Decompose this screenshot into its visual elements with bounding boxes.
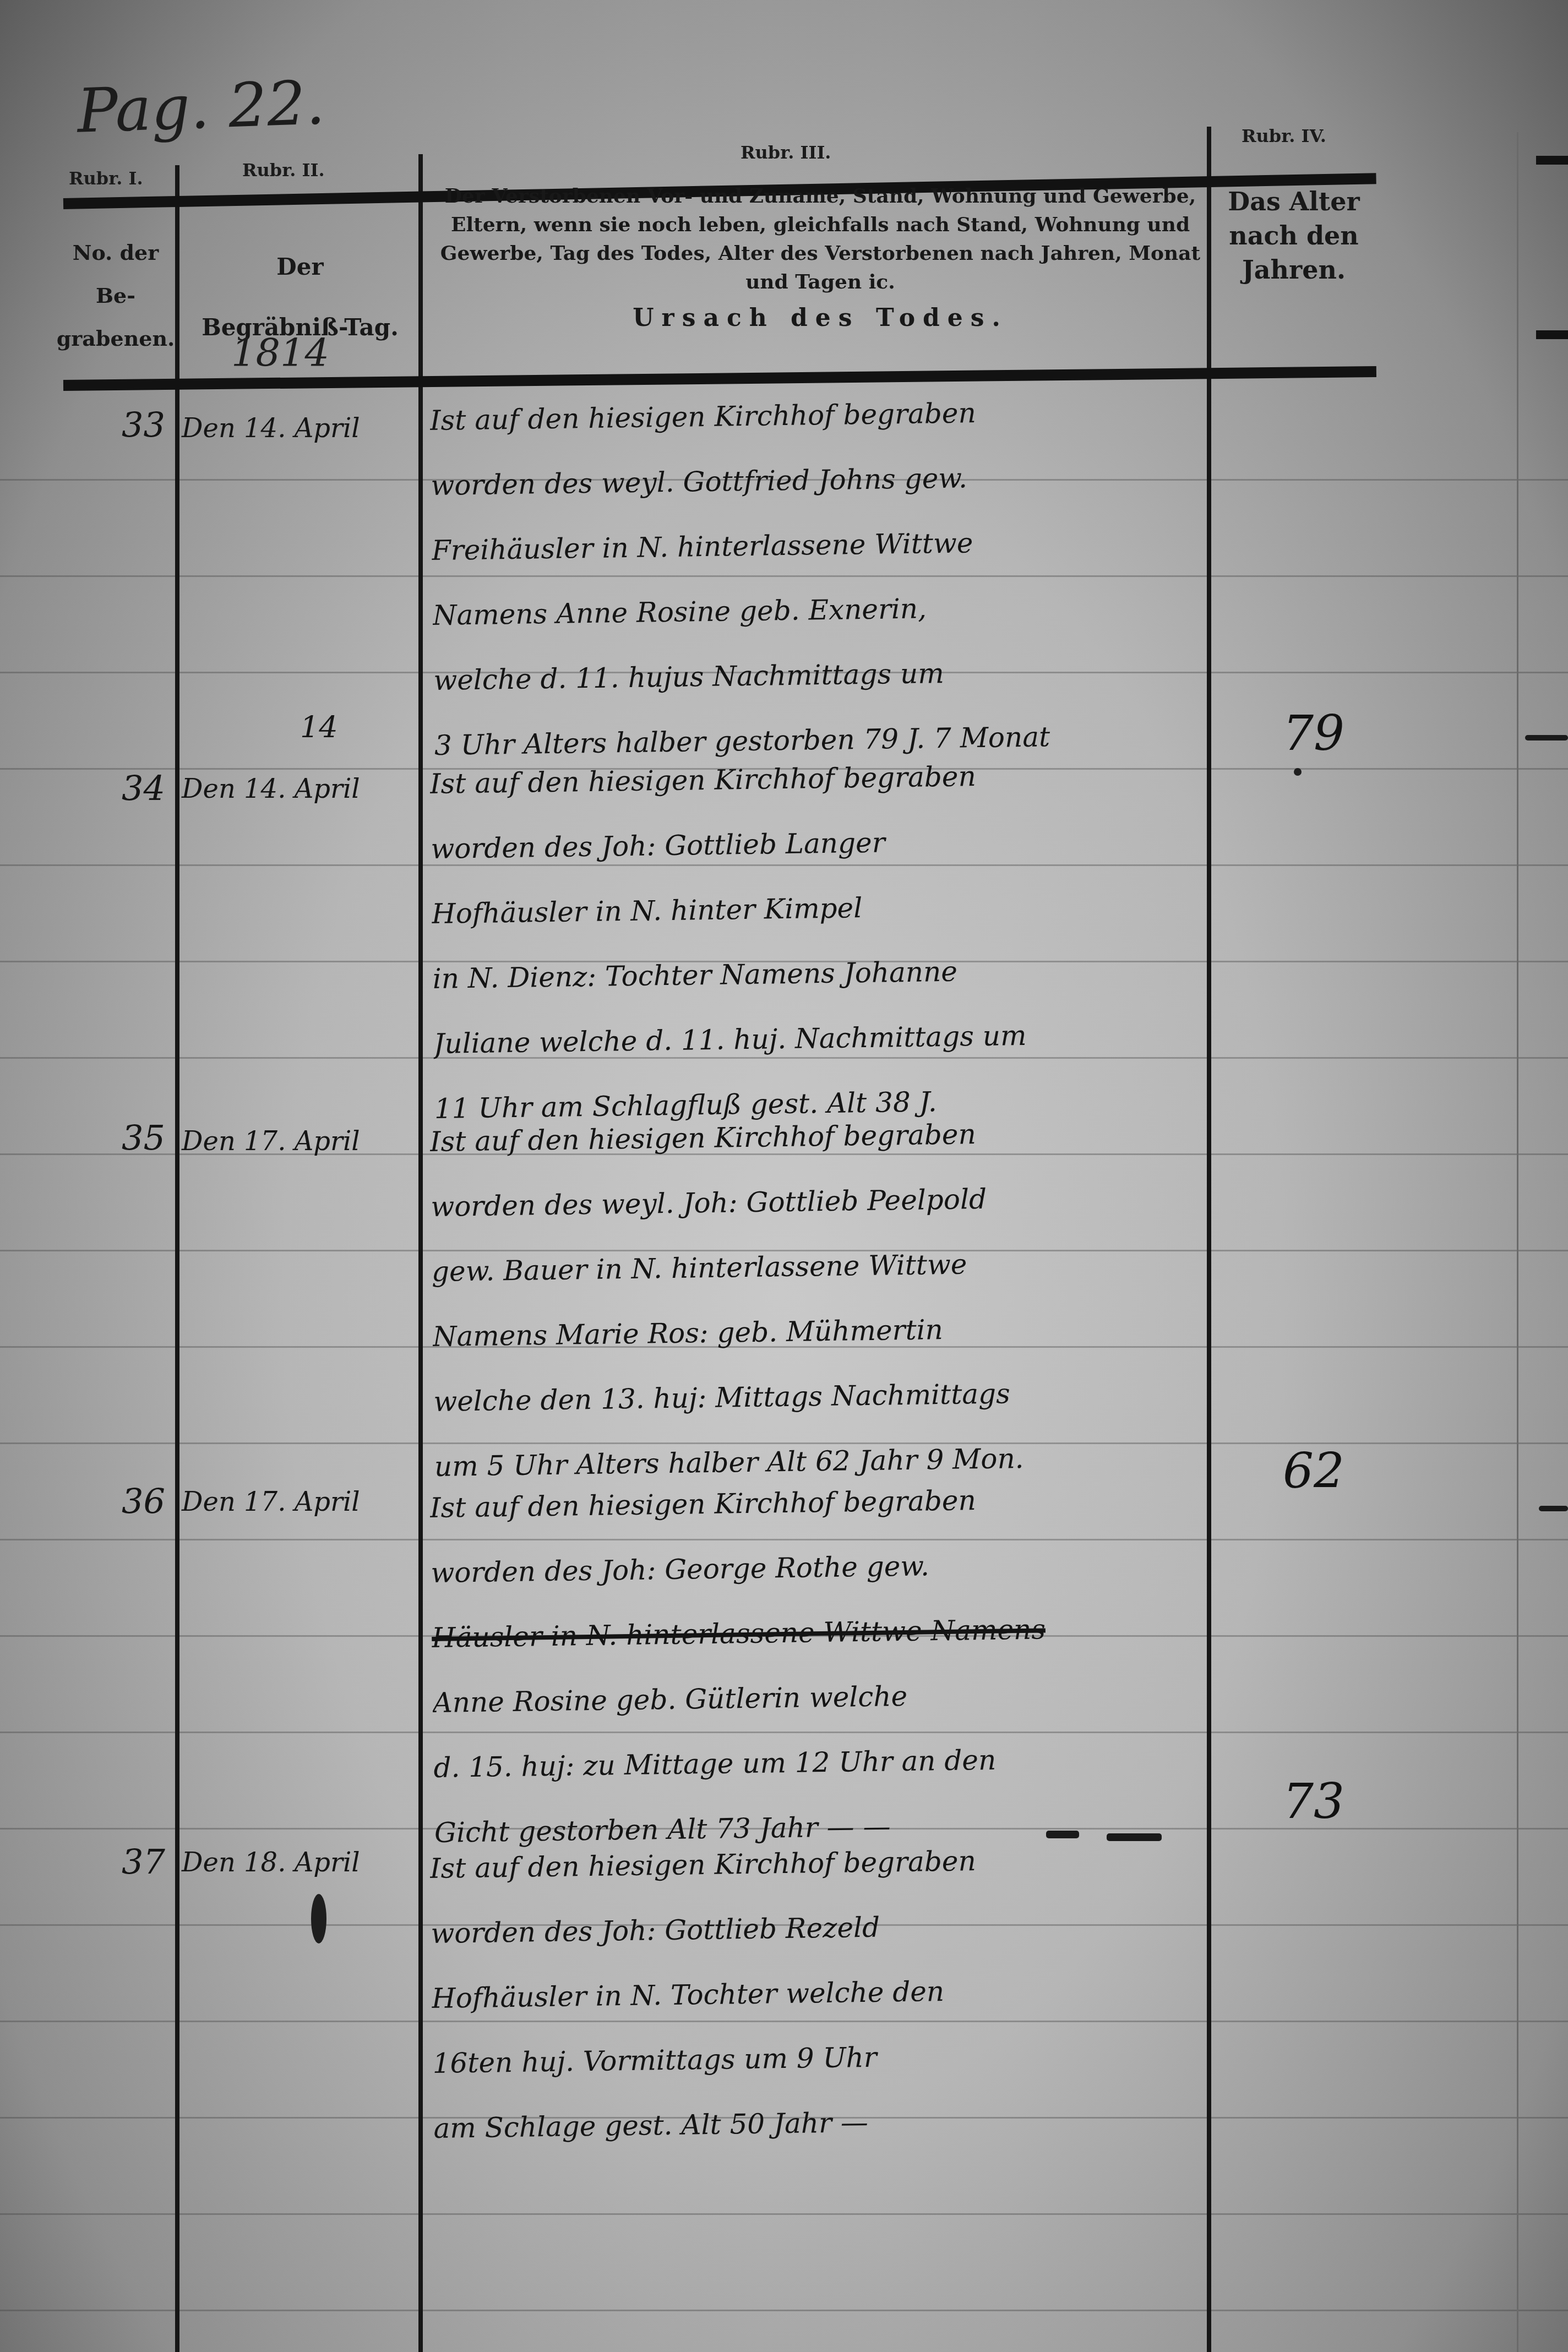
entry-line: worden des weyl. Gottfried Johns gew. <box>431 442 1213 518</box>
entry-record-text: Ist auf den hiesigen Kirchhof begraben w… <box>429 1464 1217 1865</box>
entry-line: Anne Rosine geb. Gütlerin welche <box>432 1659 1215 1735</box>
entry-line: Ist auf den hiesigen Kirchhof begraben <box>429 1098 1212 1174</box>
entry-line: am Schlage gest. Alt 50 Jahr — <box>433 2085 1216 2161</box>
entry-number: 33 <box>72 405 165 445</box>
header-burial-day-line1: Der <box>276 253 323 280</box>
entry-burial-date: Den 14. April <box>182 413 418 444</box>
column-rule-2 <box>418 154 423 2352</box>
entry-line: Ist auf den hiesigen Kirchhof begraben <box>429 377 1212 453</box>
entry-burial-date: Den 14. April <box>182 774 418 804</box>
entry-line: 16ten huj. Vormittags um 9 Uhr <box>432 2020 1215 2096</box>
entry-line: Freihäusler in N. hinterlassene Wittwe <box>431 507 1214 583</box>
entry-line: Hofhäusler in N. hinter Kimpel <box>431 870 1214 946</box>
entry-number: 35 <box>72 1118 165 1158</box>
entry-line: Hofhäusler in N. Tochter welche den <box>431 1955 1214 2031</box>
entry-line: in N. Dienz: Tochter Namens Johanne <box>432 935 1215 1011</box>
year-annotation: 1814 <box>231 330 329 375</box>
margin-dash-mark <box>1525 735 1568 741</box>
header-deceased-description: Der Verstorbenen Vor- und Zuname, Stand,… <box>440 184 1201 293</box>
entry-line: Ist auf den hiesigen Kirchhof begraben <box>429 1825 1212 1901</box>
entry-number: 36 <box>72 1481 165 1521</box>
entry-line: Ist auf den hiesigen Kirchhof begraben <box>429 1464 1212 1540</box>
entry-line: worden des weyl. Joh: Gottlieb Peelpold <box>431 1163 1213 1239</box>
rubric-3-label: Rubr. III. <box>741 142 831 163</box>
entry-record-text: Ist auf den hiesigen Kirchhof begraben w… <box>429 741 1217 1141</box>
entry-record-text: Ist auf den hiesigen Kirchhof begraben w… <box>429 1098 1217 1499</box>
dash-filler <box>1046 1831 1079 1838</box>
rubric-1-label: Rubr. I. <box>69 168 143 189</box>
header-bottom-rule-right <box>1536 330 1568 339</box>
entry-line: gew. Bauer in N. hinterlassene Wittwe <box>431 1228 1214 1304</box>
entry-line: Juliane welche d. 11. huj. Nachmittags u… <box>433 1000 1216 1076</box>
header-deceased-details: Der Verstorbenen Vor- und Zuname, Stand,… <box>435 182 1206 333</box>
entry-line: worden des Joh: Gottlieb Rezeld <box>431 1890 1213 1966</box>
entry-line-struck-through: Häusler in N. hinterlassene Wittwe Namen… <box>431 1594 1214 1670</box>
margin-dash-mark <box>1539 1506 1568 1511</box>
header-burial-number: No. der Be- grabenen. <box>52 231 179 360</box>
header-cause-of-death: Ursach des Todes. <box>435 304 1206 333</box>
header-top-rule-right <box>1536 156 1568 165</box>
entry-line: worden des Joh: Gottlieb Langer <box>431 805 1213 881</box>
page-number: Pag. 22. <box>76 67 326 146</box>
entry-number: 34 <box>72 768 165 808</box>
entry-line: welche den 13. huj: Mittags Nachmittags <box>433 1358 1216 1434</box>
register-page: Pag. 22. Rubr. I. Rubr. II. Rubr. III. R… <box>0 0 1568 2352</box>
entry-line: Ist auf den hiesigen Kirchhof begraben <box>429 741 1212 816</box>
entry-age: 62 <box>1283 1442 1344 1499</box>
entry-burial-date: Den 17. April <box>182 1126 418 1157</box>
date-correction: 14 <box>300 710 338 745</box>
entry-line: welche d. 11. hujus Nachmittags um <box>433 637 1216 713</box>
dash-filler <box>1107 1833 1162 1841</box>
entry-line: Namens Marie Ros: geb. Mühmertin <box>432 1293 1215 1369</box>
column-rule-1 <box>175 165 179 2352</box>
entry-age: 73 <box>1283 1773 1344 1830</box>
ink-blot <box>1294 768 1302 776</box>
rubric-4-label: Rubr. IV. <box>1242 126 1326 146</box>
entry-age: 79 <box>1283 705 1344 761</box>
entry-line: worden des Joh: George Rothe gew. <box>431 1529 1213 1605</box>
rubric-2-label: Rubr. II. <box>242 160 325 181</box>
entry-number: 37 <box>72 1842 165 1882</box>
ink-blot <box>311 1894 326 1943</box>
entry-line: Namens Anne Rosine geb. Exnerin, <box>432 572 1215 648</box>
column-rule-4-faint <box>1517 132 1518 2352</box>
entry-record-text: Ist auf den hiesigen Kirchhof begraben w… <box>429 377 1217 778</box>
header-age-years: Das Alter nach den Jahren. <box>1211 184 1376 287</box>
entry-record-text: Ist auf den hiesigen Kirchhof begraben w… <box>429 1825 1216 2161</box>
entry-burial-date: Den 18. April <box>182 1847 418 1878</box>
entry-burial-date: Den 17. April <box>182 1487 418 1517</box>
entry-line: d. 15. huj: zu Mittage um 12 Uhr an den <box>433 1724 1216 1800</box>
